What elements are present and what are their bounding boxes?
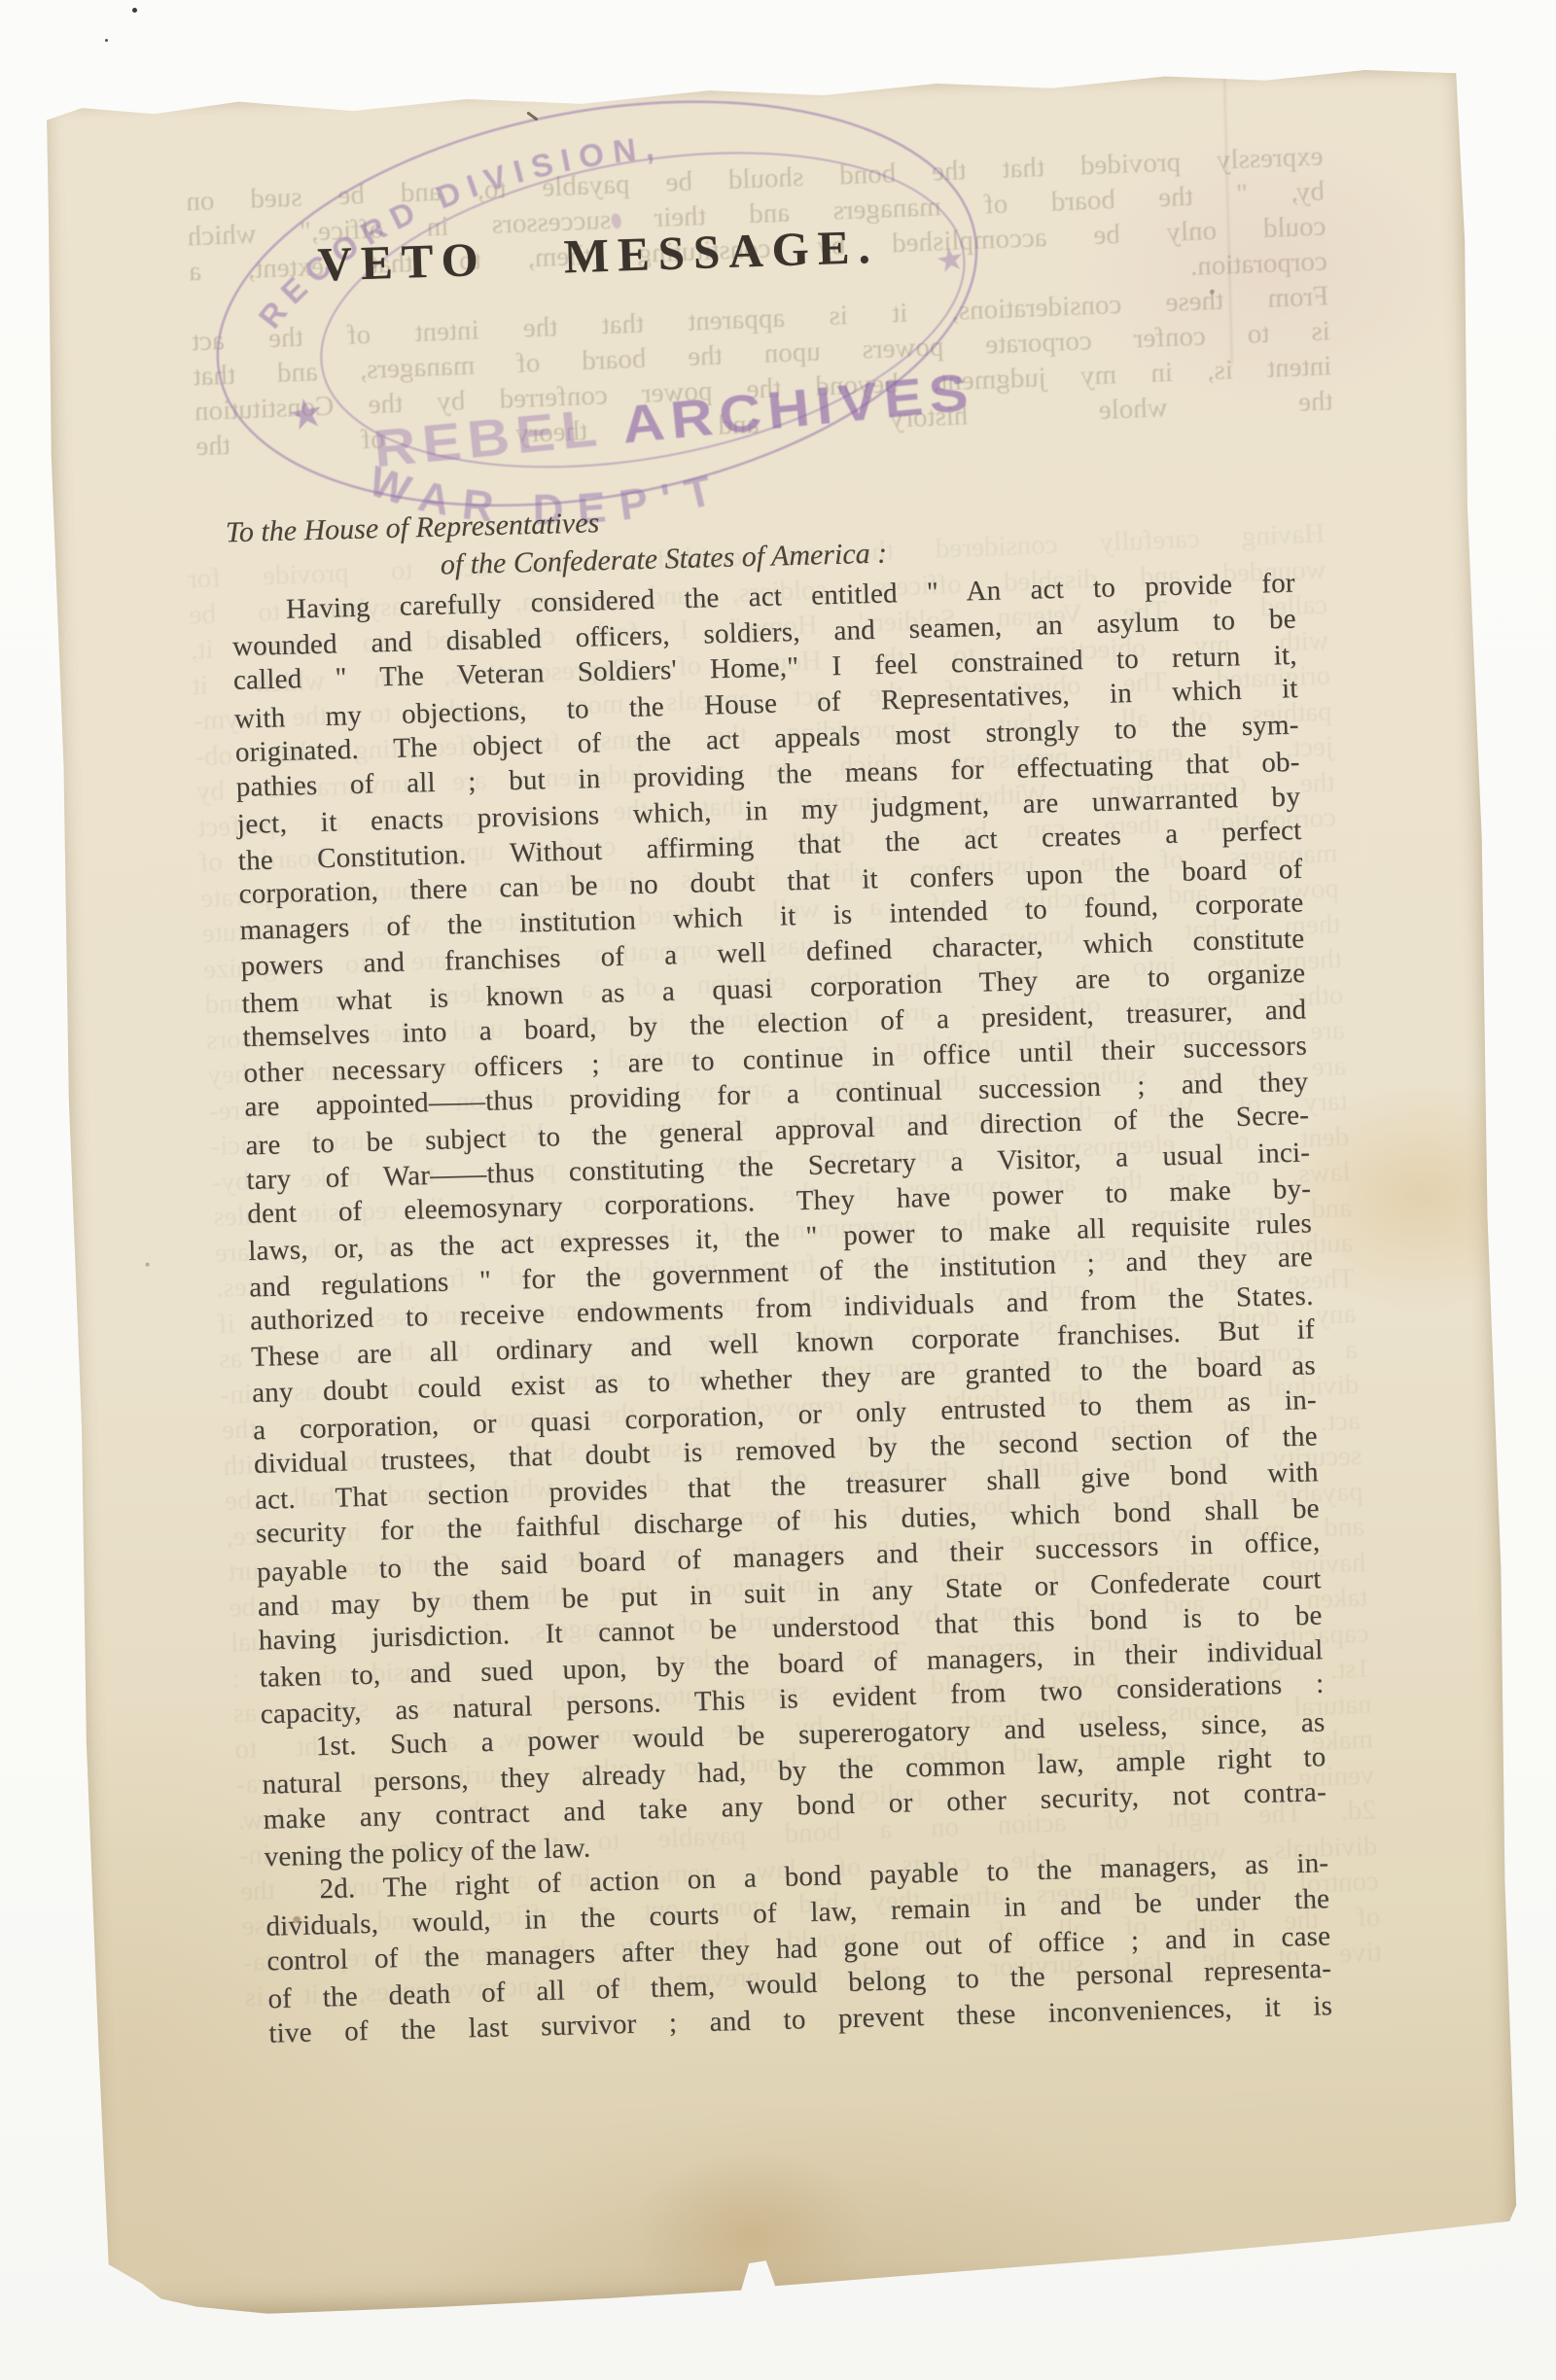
paper-crease <box>1223 73 1233 365</box>
stamp-star-left-icon: ★ <box>286 392 326 438</box>
dust-speck <box>105 39 108 42</box>
body-text: Having carefully considered the act enti… <box>231 568 1333 2053</box>
paper-speck <box>146 1263 150 1267</box>
dust-speck <box>132 8 137 13</box>
stamp-center-text: REBEL ARCHIVES <box>371 363 977 478</box>
document-page: expressly provided that the bond should … <box>39 63 1522 2319</box>
scan-background: expressly provided that the bond should … <box>0 0 1556 2380</box>
paper-speck <box>1210 290 1215 295</box>
